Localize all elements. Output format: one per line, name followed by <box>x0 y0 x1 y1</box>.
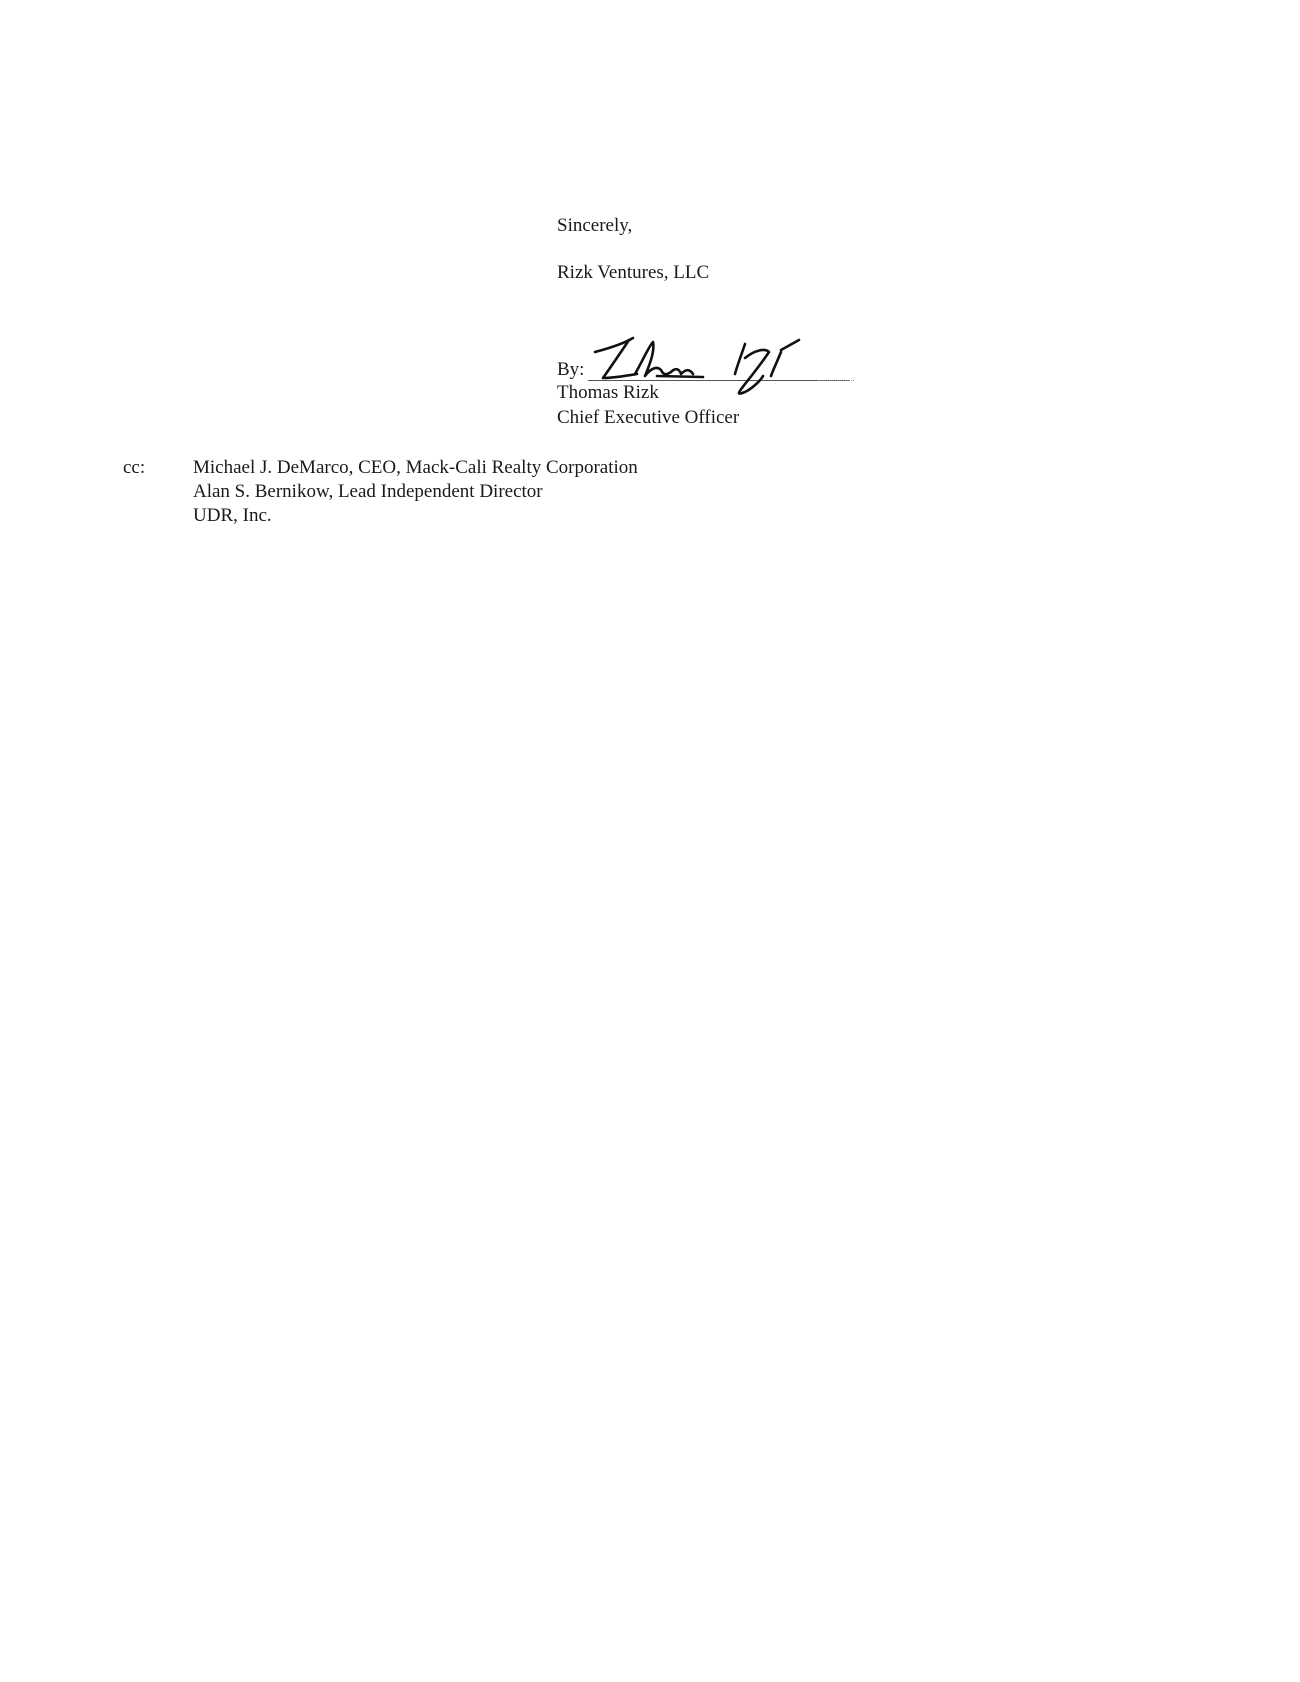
signatory-name: Thomas Rizk <box>557 382 659 404</box>
by-label: By: <box>557 359 584 381</box>
cc-recipient: Alan S. Bernikow, Lead Independent Direc… <box>193 481 543 503</box>
cc-recipient: Michael J. DeMarco, CEO, Mack-Cali Realt… <box>193 457 638 479</box>
closing: Sincerely, <box>557 215 632 237</box>
cc-label: cc: <box>123 457 145 479</box>
company-name: Rizk Ventures, LLC <box>557 262 709 284</box>
cc-recipient: UDR, Inc. <box>193 505 272 527</box>
signatory-title: Chief Executive Officer <box>557 407 739 429</box>
